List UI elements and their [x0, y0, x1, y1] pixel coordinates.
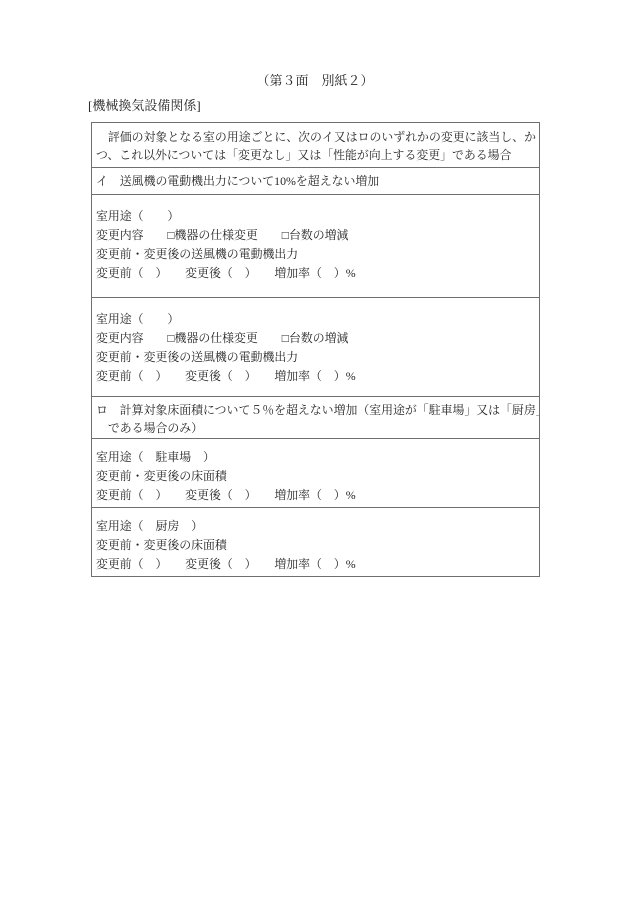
- checkbox-icon: □: [167, 226, 174, 245]
- motor-output-caption: 変更前・変更後の送風機の電動機出力: [96, 245, 536, 264]
- motor-output-caption: 変更前・変更後の送風機の電動機出力: [96, 348, 536, 367]
- floor-area-values-line: 変更前（ ） 変更後（ ） 増加率（ ）%: [96, 555, 536, 574]
- fan-output-block-2: 室用途（ ） 変更内容 □ 機器の仕様変更 □ 台数の増減 変更前・変更後の送風…: [92, 297, 539, 396]
- item-ro-heading-row: ロ 計算対象床面積について５％を超えない増加（室用途が「駐車場」又は「厨房」 で…: [92, 396, 539, 438]
- item-ro-heading-line-2: である場合のみ）: [96, 419, 536, 437]
- checkbox-label: 機器の仕様変更: [175, 329, 258, 348]
- room-use-line: 室用途（ 厨房 ）: [96, 517, 536, 536]
- ventilation-form-table: 評価の対象となる室の用途ごとに、次のイ又はロのいずれかの変更に該当し、か つ、こ…: [91, 122, 540, 577]
- change-content-line: 変更内容 □ 機器の仕様変更 □ 台数の増減: [96, 226, 536, 245]
- checkbox-label: 台数の増減: [289, 329, 348, 348]
- change-content-label: 変更内容: [96, 226, 167, 245]
- room-use-line: 室用途（ ）: [96, 310, 536, 329]
- change-content-label: 変更内容: [96, 329, 167, 348]
- checkbox-unit-count-change: □ 台数の増減: [282, 226, 349, 245]
- fan-output-block-1: 室用途（ ） 変更内容 □ 機器の仕様変更 □ 台数の増減 変更前・変更後の送風…: [92, 194, 539, 297]
- motor-output-values-line: 変更前（ ） 変更後（ ） 増加率（ ）%: [96, 367, 536, 386]
- floor-area-block-kitchen: 室用途（ 厨房 ） 変更前・変更後の床面積 変更前（ ） 変更後（ ） 増加率（…: [92, 507, 539, 576]
- checkbox-icon: □: [282, 329, 289, 348]
- motor-output-values-line: 変更前（ ） 変更後（ ） 増加率（ ）%: [96, 264, 536, 283]
- checkbox-unit-count-change: □ 台数の増減: [282, 329, 349, 348]
- checkbox-label: 機器の仕様変更: [175, 226, 258, 245]
- intro-line-1: 評価の対象となる室の用途ごとに、次のイ又はロのいずれかの変更に該当し、か: [96, 128, 536, 146]
- checkbox-icon: □: [282, 226, 289, 245]
- room-use-line: 室用途（ 駐車場 ）: [96, 448, 536, 467]
- page-title: （第３面 別紙２）: [0, 0, 630, 90]
- checkbox-label: 台数の増減: [289, 226, 348, 245]
- item-ro-heading-line-1: ロ 計算対象床面積について５％を超えない増加（室用途が「駐車場」又は「厨房」: [96, 401, 536, 419]
- item-i-heading: イ 送風機の電動機出力について10%を超えない増加: [96, 172, 536, 190]
- floor-area-caption: 変更前・変更後の床面積: [96, 467, 536, 486]
- checkbox-equipment-spec-change: □ 機器の仕様変更: [167, 329, 257, 348]
- checkbox-equipment-spec-change: □ 機器の仕様変更: [167, 226, 257, 245]
- intro-line-2: つ、これ以外については「変更なし」又は「性能が向上する変更」である場合: [96, 146, 536, 164]
- section-label: [機械換気設備関係]: [88, 96, 630, 115]
- change-content-line: 変更内容 □ 機器の仕様変更 □ 台数の増減: [96, 329, 536, 348]
- floor-area-block-parking: 室用途（ 駐車場 ） 変更前・変更後の床面積 変更前（ ） 変更後（ ） 増加率…: [92, 438, 539, 507]
- item-i-heading-row: イ 送風機の電動機出力について10%を超えない増加: [92, 167, 539, 194]
- condition-intro-row: 評価の対象となる室の用途ごとに、次のイ又はロのいずれかの変更に該当し、か つ、こ…: [92, 123, 539, 167]
- floor-area-values-line: 変更前（ ） 変更後（ ） 増加率（ ）%: [96, 486, 536, 505]
- floor-area-caption: 変更前・変更後の床面積: [96, 536, 536, 555]
- room-use-line: 室用途（ ）: [96, 207, 536, 226]
- checkbox-icon: □: [167, 329, 174, 348]
